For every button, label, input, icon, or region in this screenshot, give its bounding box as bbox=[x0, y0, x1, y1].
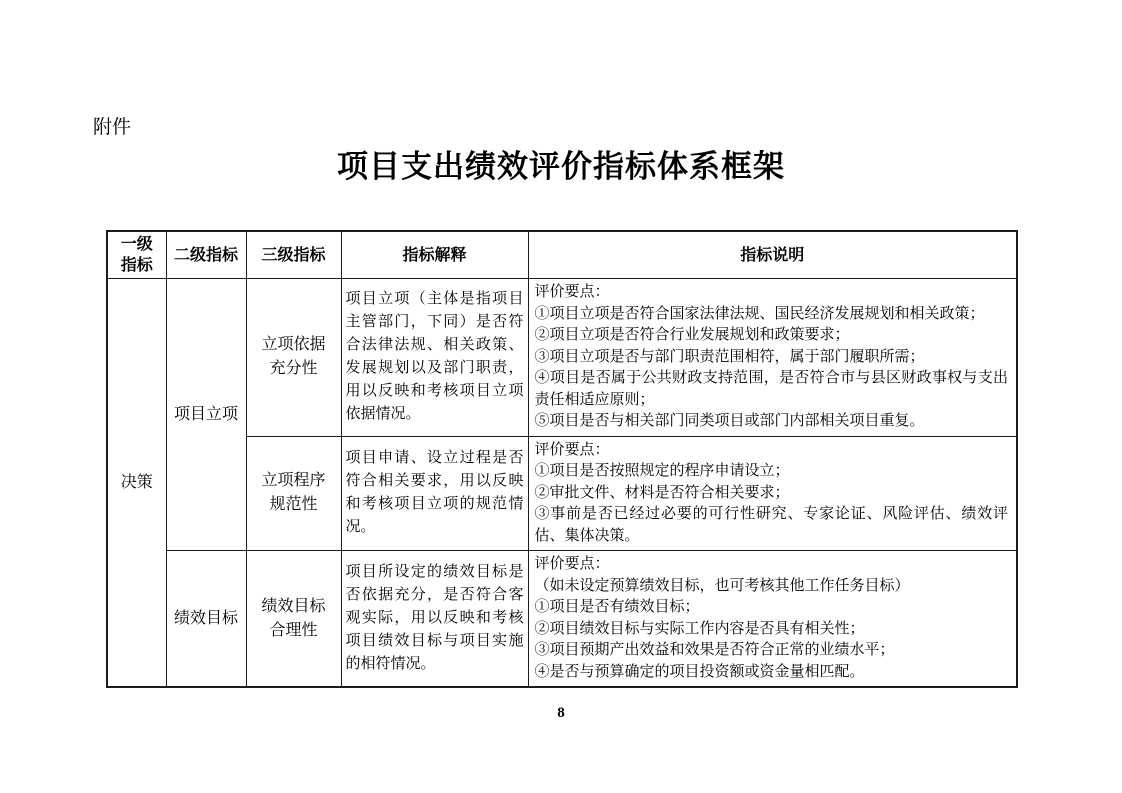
cell-level3-lixiang-yiju: 立项依据 充分性 bbox=[246, 279, 341, 437]
header-level2: 二级指标 bbox=[166, 231, 246, 279]
cell-description-row1: 评价要点： ①项目是否按照规定的程序申请设立； ②审批文件、材料是否符合相关要求… bbox=[528, 436, 1017, 551]
cell-explanation-row0: 项目立项（主体是指项目主管部门，下同）是否符合法律法规、相关政策、发展规划以及部… bbox=[341, 279, 528, 437]
cell-explanation-row1: 项目申请、设立过程是否符合相关要求，用以反映和考核项目立项的规范情况。 bbox=[341, 436, 528, 551]
cell-level1-juece: 决策 bbox=[107, 279, 166, 688]
table-header-row: 一级 指标 二级指标 三级指标 指标解释 指标说明 bbox=[107, 231, 1017, 279]
header-level1: 一级 指标 bbox=[107, 231, 166, 279]
header-level3: 三级指标 bbox=[246, 231, 341, 279]
header-explanation: 指标解释 bbox=[341, 231, 528, 279]
page-number: 8 bbox=[0, 705, 1122, 722]
cell-level3-lixiang-chengxu: 立项程序 规范性 bbox=[246, 436, 341, 551]
cell-description-row0: 评价要点： ①项目立项是否符合国家法律法规、国民经济发展规划和相关政策； ②项目… bbox=[528, 279, 1017, 437]
table-row: 绩效目标 绩效目标 合理性 项目所设定的绩效目标是否依据充分，是否符合客观实际，… bbox=[107, 551, 1017, 688]
header-description: 指标说明 bbox=[528, 231, 1017, 279]
indicator-table: 一级 指标 二级指标 三级指标 指标解释 指标说明 决策 项目立项 立项依据 充… bbox=[106, 230, 1018, 688]
cell-level2-xiangmu-lixiang: 项目立项 bbox=[166, 279, 246, 551]
table-row: 决策 项目立项 立项依据 充分性 项目立项（主体是指项目主管部门，下同）是否符合… bbox=[107, 279, 1017, 437]
page-title: 项目支出绩效评价指标体系框架 bbox=[0, 147, 1122, 187]
cell-explanation-row2: 项目所设定的绩效目标是否依据充分，是否符合客观实际，用以反映和考核项目绩效目标与… bbox=[341, 551, 528, 688]
attachment-label: 附件 bbox=[93, 117, 131, 139]
cell-level2-jixiao-mubiao: 绩效目标 bbox=[166, 551, 246, 688]
cell-description-row2: 评价要点： （如未设定预算绩效目标，也可考核其他工作任务目标） ①项目是否有绩效… bbox=[528, 551, 1017, 688]
cell-level3-jixiao-heli: 绩效目标 合理性 bbox=[246, 551, 341, 688]
